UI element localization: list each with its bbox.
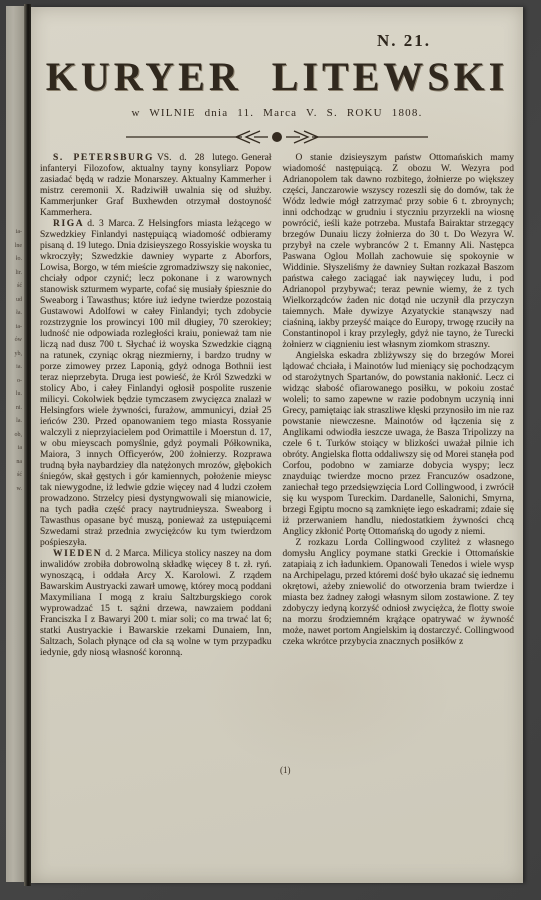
divider-ornament-icon <box>122 127 432 147</box>
article-paragraph: S. PETERSBURGVS. d. 28 lutego.Generał in… <box>40 153 272 219</box>
article-paragraph: Angielska eskadra zbliżywszy się do brze… <box>283 351 515 538</box>
article-paragraph: Z rozkazu Lorda Collingwood czyliteż z w… <box>283 538 515 648</box>
article-paragraph: RIGAd. 3 Marca.Z Helsingfors miasta leżą… <box>40 219 272 549</box>
column-right: O stanie dzisieyszym państw Ottomańskich… <box>283 153 515 773</box>
article-body: Angielska eskadra zbliżywszy się do brze… <box>283 351 515 537</box>
gutter-shadow <box>24 4 31 886</box>
issue-number: N. 21. <box>377 31 431 51</box>
article-body: Milicya stolicy naszey na dom inwalidów … <box>40 549 272 658</box>
signature-mark: (1) <box>280 765 291 775</box>
article-heading-date: d. 2 Marca. <box>105 549 150 559</box>
dateline: w WILNIE dnia 11. Marca V. S. ROKU 1808. <box>31 107 523 119</box>
adjacent-page-edge: ia- lne ło. lir. ść ud ła. ia- ów yb, ia… <box>6 6 24 882</box>
column-left: S. PETERSBURGVS. d. 28 lutego.Generał in… <box>40 153 272 773</box>
article-heading: RIGA <box>53 219 84 229</box>
article-heading: S. PETERSBURG <box>53 153 154 163</box>
masthead-title: KURYER LITEWSKI <box>41 53 513 100</box>
article-paragraph: WIEDENd. 2 Marca.Milicya stolicy naszey … <box>40 549 272 659</box>
article-heading: WIEDEN <box>53 549 102 559</box>
newspaper-page: N. 21. KURYER LITEWSKI w WILNIE dnia 11.… <box>31 7 523 883</box>
article-columns: S. PETERSBURGVS. d. 28 lutego.Generał in… <box>40 153 514 773</box>
scan-background: ia- lne ło. lir. ść ud ła. ia- ów yb, ia… <box>0 0 541 900</box>
article-body: Z Helsingfors miasta leżącego w Szwedzki… <box>40 219 272 548</box>
article-heading-date: VS. d. 28 lutego. <box>157 153 238 163</box>
article-heading-date: d. 3 Marca. <box>87 219 135 229</box>
article-body: Z rozkazu Lorda Collingwood czyliteż z w… <box>283 538 515 647</box>
article-paragraph: O stanie dzisieyszym państw Ottomańskich… <box>283 153 515 351</box>
article-body: O stanie dzisieyszym państw Ottomańskich… <box>283 153 515 350</box>
